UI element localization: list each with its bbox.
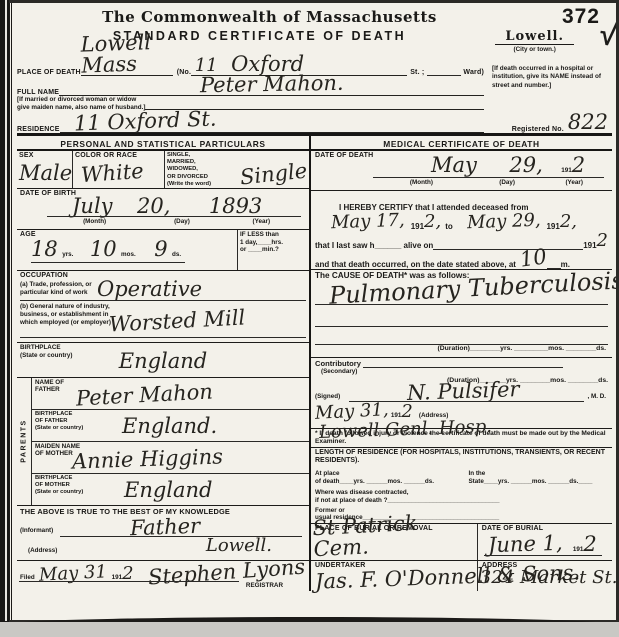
attestation-row: THE ABOVE IS TRUE TO THE BEST OF MY KNOW… [17, 506, 309, 562]
color-race-field: COLOR OR RACE White [73, 151, 165, 188]
marital-status-field: SINGLE, MARRIED, WIDOWED, OR DIVORCED (W… [165, 151, 309, 188]
informant-label: (Informant) [20, 527, 53, 534]
personal-section-title: PERSONAL AND STATISTICAL PARTICULARS [17, 136, 309, 151]
last-saw-year-printed: 191 [583, 241, 596, 250]
dob-cap-month: (Month) [47, 218, 142, 226]
dod-year-printed: 191 [561, 167, 572, 174]
registrar-label: REGISTRAR [246, 582, 283, 590]
dob-day: 20, [137, 194, 170, 218]
certify-line-dates: May 17, 1912, to May 29, 1912, [315, 212, 608, 231]
burial-year-hw: 2 [583, 532, 596, 556]
occupation-b-value: Worsted Mill [109, 308, 246, 336]
father-birthplace-field: BIRTHPLACE OF FATHER (State or country) … [32, 410, 309, 442]
mother-name-field: MAIDEN NAME OF MOTHER Annie Higgins [32, 442, 309, 474]
dod-cap-month: (Month) [373, 179, 470, 187]
mother-birthplace-field: BIRTHPLACE OF MOTHER (State or country) … [32, 474, 309, 505]
commonwealth-title: The Commonwealth of Massachusetts [17, 5, 612, 26]
parents-section: PARENTS NAME OF FATHER Peter Mahon BIRTH… [17, 378, 309, 506]
length-of-residence-title: LENGTH OF RESIDENCE (FOR HOSPITALS, INST… [315, 449, 608, 467]
age-less-than-day-field: IF LESS than 1 day,____hrs. or ____min.? [237, 230, 309, 271]
attended-from-year-printed: 191 [411, 222, 424, 231]
residence-label: RESIDENCE [17, 126, 60, 133]
informant-address-label: (Address) [28, 547, 57, 554]
certify-line2: that I last saw h______ alive on 1912 [315, 231, 608, 250]
place-of-death-value: Lowell Mass [80, 31, 173, 76]
personal-particulars-column: PERSONAL AND STATISTICAL PARTICULARS SEX… [17, 136, 311, 591]
mother-name-value: Annie Higgins [72, 446, 224, 472]
undertaker-field: UNDERTAKER Jas. F. O'Donnell & Sons. [311, 561, 478, 591]
date-of-death-row: DATE OF DEATH May 29, 1912 (Month) (Day)… [311, 151, 612, 191]
mother-birthplace-value: England [124, 478, 213, 502]
undertaker-address-value: 324 Market St. [480, 567, 616, 588]
age-years: 18 [31, 237, 58, 261]
dob-cap-day: (Day) [142, 218, 221, 226]
attended-from-year-hw: 2, [424, 213, 441, 231]
residence-at-place-line: At place of death____yrs. ______mos. ___… [315, 470, 468, 486]
hospital-note: [If death occurred in a hospital or inst… [492, 65, 610, 90]
residence-row: RESIDENCE 11 Oxford St. Registered No. 8… [17, 111, 484, 133]
residence-value: 11 Oxford St. [73, 109, 216, 135]
date-of-burial-field: DATE OF BURIAL June 1, 1912 [478, 524, 612, 559]
death-time-value: 10 [519, 246, 548, 271]
color-race-label: COLOR OR RACE [75, 152, 162, 159]
undertaker-row: UNDERTAKER Jas. F. O'Donnell & Sons. ADD… [311, 561, 612, 591]
color-race-value: White [80, 161, 144, 186]
certificate-paper: The Commonwealth of Massachusetts STANDA… [9, 3, 616, 620]
last-saw-text: that I last saw h______ alive on [315, 241, 433, 250]
informant-address-value: Lowell. [206, 535, 272, 556]
contributory-label: Contributory [315, 359, 361, 368]
residence-in-state-line: In the State____yrs. ______mos. ______ds… [468, 470, 608, 486]
photo-left-edge-line [5, 0, 7, 621]
place-of-burial-field: PLACE OF BURIAL OR REMOVAL St Patrick Ce… [311, 524, 478, 559]
registered-no-value: 822 [568, 112, 608, 133]
registered-no-block: Registered No. 822 [512, 112, 608, 133]
death-occurred-text: and that death occurred, on the date sta… [315, 260, 516, 269]
death-time-m-label: m. [561, 260, 570, 269]
parents-side-label: PARENTS [21, 419, 28, 462]
attended-to-year-printed: 191 [546, 222, 559, 231]
md-label: , M. D. [587, 393, 606, 401]
certification-block: I HEREBY CERTIFY that I attended decease… [311, 191, 612, 270]
sex-label: SEX [19, 152, 70, 159]
secondary-label: (Secondary) [321, 368, 608, 376]
attended-to-date: May 29, [467, 212, 541, 233]
photo-bottom-band [0, 622, 619, 637]
occupation-row: OCCUPATION (a) Trade, profession, or par… [17, 271, 309, 342]
disease-contracted-line: Where was disease contracted, if not at … [315, 489, 608, 505]
age-field: AGE 18 yrs. 10 mos. 9 ds. [17, 230, 237, 271]
dod-cap-day: (Day) [470, 179, 545, 187]
attended-to-label: to [445, 222, 453, 231]
medical-certificate-column: MEDICAL CERTIFICATE OF DEATH DATE OF DEA… [311, 136, 612, 591]
father-name-field: NAME OF FATHER Peter Mahon [32, 378, 309, 410]
father-name-value: Peter Mahon [76, 381, 214, 409]
top-fields: [If death occurred in a hospital or inst… [17, 49, 612, 133]
dod-month: May [431, 153, 477, 177]
certify-line1: I HEREBY CERTIFY that I attended decease… [315, 193, 608, 212]
certify-line3: and that death occurred, on the date sta… [315, 250, 608, 269]
sex-field: SEX Male [17, 151, 73, 188]
undertaker-address-field: ADDRESS 324 Market St. [478, 561, 612, 591]
medical-section-title: MEDICAL CERTIFICATE OF DEATH [311, 136, 612, 151]
dob-line [47, 216, 301, 217]
filed-row: Filed May 31 1912 Stephen Lyons REGISTRA… [17, 561, 309, 591]
registered-no-label: Registered No. [512, 126, 564, 133]
age-days-label: ds. [172, 251, 181, 258]
death-certificate-scan: The Commonwealth of Massachusetts STANDA… [0, 0, 619, 637]
date-of-birth-row: DATE OF BIRTH July 20, 1893 (Month) (Day… [17, 189, 309, 230]
dod-cap-year: (Year) [544, 179, 604, 187]
dod-day: 29, [509, 153, 542, 177]
burial-row: PLACE OF BURIAL OR REMOVAL St Patrick Ce… [311, 524, 612, 560]
dob-month: July [72, 194, 113, 218]
sex-value: Male [19, 163, 72, 184]
age-row: AGE 18 yrs. 10 mos. 9 ds. IF LESS than 1… [17, 230, 309, 272]
certificate-number: 372 [562, 5, 600, 29]
birthplace-value: England [119, 349, 208, 373]
parents-side-strip: PARENTS [17, 378, 32, 505]
dob-year: 1893 [209, 194, 262, 218]
full-name-value: Peter Mahon. [200, 73, 344, 97]
place-of-burial-value: St Patrick Cem. [312, 509, 478, 560]
attended-from-date: May 17, [331, 212, 405, 233]
date-of-burial-value: June 1, [487, 532, 562, 556]
age-less-note: IF LESS than 1 day,____hrs. or ____min.? [240, 231, 307, 255]
full-name-row: FULL NAME Peter Mahon. [17, 76, 484, 96]
certificate-columns: PERSONAL AND STATISTICAL PARTICULARS SEX… [17, 133, 612, 591]
cause-of-death-block: The CAUSE OF DEATH* was as follows: Pulm… [311, 270, 612, 358]
father-birthplace-value: England. [122, 414, 217, 438]
age-months-label: mos. [121, 251, 136, 258]
city-name: Lowell. [495, 29, 574, 45]
signed-label: (Signed) [315, 393, 340, 401]
age-days: 9 [154, 237, 167, 261]
dob-cap-year: (Year) [222, 218, 301, 226]
contributory-block: Contributory (Secondary) (Duration)_____… [311, 358, 612, 429]
attended-to-year-hw: 2, [560, 213, 577, 231]
dod-year-hw: 2 [572, 153, 585, 177]
burial-year-printed: 191 [573, 546, 584, 553]
birthplace-row: BIRTHPLACE (State or country) England [17, 343, 309, 378]
last-saw-year-hw: 2 [597, 232, 608, 250]
maiden-note-row: [If married or divorced woman or widow g… [17, 96, 484, 111]
age-years-label: yrs. [62, 251, 73, 258]
sex-color-marital-row: SEX Male COLOR OR RACE White SINGLE, MAR… [17, 151, 309, 189]
age-months: 10 [90, 237, 117, 261]
cause-duration-line: (Duration)________yrs. _________mos. ___… [437, 345, 606, 353]
occupation-a-value: Operative [97, 277, 202, 301]
